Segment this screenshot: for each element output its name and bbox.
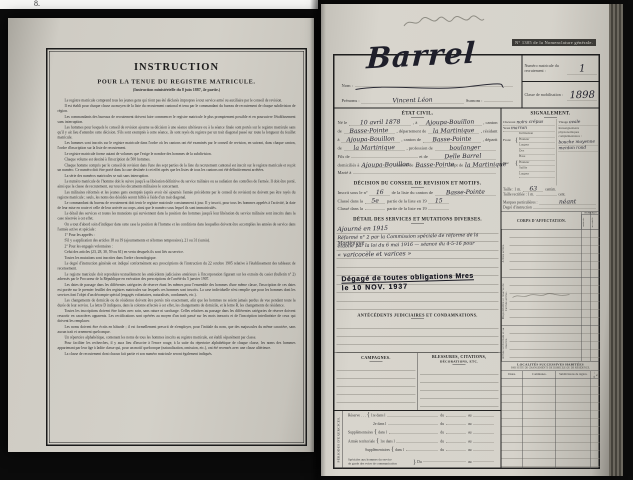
antecedents-title: ANTÉCÉDENTS JUDICIAIRES ET CONDAMNATIONS… bbox=[335, 310, 501, 319]
front-label: Front bbox=[503, 138, 514, 142]
marques-value: néant bbox=[559, 198, 576, 204]
surnoms-label: Surnom : bbox=[466, 98, 483, 103]
localites-col-subdivisions: Subdivisions de région. bbox=[556, 371, 591, 469]
domicile-commune: Ajoupa-Bouillon bbox=[361, 161, 409, 168]
label: du bbox=[440, 413, 444, 418]
label: 2e dans l bbox=[373, 422, 386, 427]
left-page: INSTRUCTION POUR LA TENUE DU REGISTRE MA… bbox=[8, 18, 314, 452]
liste-numero: 16 bbox=[376, 189, 384, 195]
periodes-section: PÉRIODES D'EXERCICES. Réserve . . .{1re … bbox=[335, 410, 501, 469]
label: dans l bbox=[378, 430, 387, 435]
prenoms-label: Prénoms : bbox=[342, 98, 360, 103]
blank bbox=[365, 210, 385, 211]
label: du bbox=[440, 448, 444, 453]
instruction-paragraphs: Le registre matricule comprend tous les … bbox=[58, 98, 296, 356]
birth-date: 10 avril 1878 bbox=[360, 119, 401, 126]
nez-subrows: DosBaseHauteurSaillieLargeur bbox=[519, 149, 555, 178]
nom-line: Nom : bbox=[339, 83, 518, 92]
label: de bbox=[338, 129, 342, 134]
yeux-value: marron bbox=[511, 125, 527, 130]
degre-instruction-label: Degré d'instruction bbox=[503, 205, 532, 210]
territoriale-label: Armée territoriale bbox=[348, 439, 375, 444]
liste-canton: Basse-Pointe bbox=[446, 189, 485, 196]
label: , canton de bbox=[401, 137, 421, 142]
localites-col-dates: Dates. bbox=[502, 371, 523, 469]
services-section: DÉTAIL DES SERVICES ET MUTATIONS DIVERSE… bbox=[335, 215, 501, 311]
book-edge bbox=[609, 4, 623, 476]
label: Classé dans la bbox=[338, 206, 364, 211]
instruction-frame: INSTRUCTION POUR LA TENUE DU REGISTRE MA… bbox=[46, 48, 307, 446]
label: du bbox=[440, 439, 444, 444]
nom-label: Nom : bbox=[342, 83, 353, 88]
label: Du bbox=[417, 460, 422, 465]
instruction-note: (Instruction ministérielle du 8 juin 188… bbox=[58, 88, 296, 93]
birth-place: Ajoupa-Bouillon bbox=[426, 118, 474, 125]
marie-blank bbox=[353, 174, 495, 175]
label: au bbox=[468, 439, 472, 444]
surname-handwritten: Barrel bbox=[366, 36, 477, 76]
form-header: Barrel Nom : Prénoms : Vincent Léon Surn… bbox=[335, 56, 599, 109]
label: du bbox=[440, 430, 444, 435]
faint-handwriting bbox=[512, 292, 572, 301]
label: 1re dans l bbox=[380, 439, 395, 444]
form-left-column: ÉTAT CIVIL. Né le10 avril 1878, àAjoupa-… bbox=[335, 109, 502, 469]
classe-cell: Classe de mobilisation : 1898 bbox=[523, 82, 599, 108]
label: , départt bbox=[483, 137, 498, 142]
blessures-title: BLESSURES, CITATIONS, DÉCORATIONS, ETC. bbox=[418, 353, 501, 367]
page-number-marker: 8. bbox=[34, 0, 40, 8]
cheveux-value: noirs crépus bbox=[516, 119, 543, 125]
blank bbox=[429, 210, 449, 211]
campagnes-title: CAMPAGNES. bbox=[335, 353, 418, 363]
matricule-form: Barrel Nom : Prénoms : Vincent Léon Surn… bbox=[333, 54, 600, 469]
taille-label: Taille : 1 m. bbox=[503, 187, 521, 192]
scan-top-margin: 8. bbox=[0, 0, 318, 9]
label: Classé dans la bbox=[338, 199, 364, 204]
label: partie de la liste en 19 bbox=[387, 199, 427, 204]
taille-rectifiee-label: Taille rectifiée : 1 m. bbox=[503, 192, 534, 197]
corps-group-active: Armée active. bbox=[502, 230, 600, 278]
signalement-title: SIGNALEMENT. bbox=[502, 109, 600, 120]
front-subrows: InclinaisonHauteurLargeur bbox=[519, 132, 555, 149]
right-page: N° 1305 de la Nomenclature générale. Bar… bbox=[321, 4, 611, 476]
mother-name: Delle Barrel bbox=[444, 153, 481, 160]
label: , profession de bbox=[406, 146, 432, 151]
signalement-section: SIGNALEMENT. Cheveux noirs crépus Yeux m… bbox=[502, 109, 600, 213]
service-note-1: Ajourné en 1915 bbox=[337, 224, 388, 232]
matricule-number-box: Numéro matricule du recrutement : 1 Clas… bbox=[522, 56, 599, 108]
label: Supplémentaires bbox=[365, 448, 390, 453]
label: au bbox=[468, 430, 472, 435]
matricule-label: Numéro matricule du recrutement : bbox=[525, 63, 568, 73]
corps-group-territoriale: Armée territoriale et sa réserve. bbox=[502, 326, 600, 362]
label: à bbox=[338, 137, 340, 142]
localites-table: LOCALITÉS SUCCESSIVES HABITÉES PAR SUITE… bbox=[502, 362, 600, 469]
col-header: Communes. bbox=[523, 371, 556, 379]
renseignements-value-1: bouche moyenne bbox=[558, 139, 595, 145]
matricule-value: 1 bbox=[579, 62, 586, 74]
label: , canton bbox=[483, 120, 497, 125]
label: de la liste du canton de bbox=[392, 190, 433, 195]
residence-commune: Ajoupa-Bouillon bbox=[346, 135, 394, 142]
blessures-column: BLESSURES, CITATIONS, DÉCORATIONS, ETC. bbox=[417, 353, 500, 410]
label: cent. bbox=[558, 192, 565, 197]
blessures-blank-lines bbox=[420, 367, 499, 410]
reserve-label: Réserve . . . bbox=[348, 413, 366, 418]
localites-col-dr: D. — R. bbox=[591, 371, 600, 469]
label: Né le bbox=[338, 120, 348, 125]
instruction-subtitle: POUR LA TENUE DU REGISTRE MATRICULE. bbox=[58, 78, 296, 86]
visage-value: ovale bbox=[569, 119, 580, 124]
prenoms-value: Vincent Léon bbox=[393, 97, 433, 104]
label: au bbox=[468, 413, 472, 418]
blessures-title-1: BLESSURES, CITATIONS, bbox=[432, 355, 486, 360]
surnoms-blank bbox=[485, 102, 513, 103]
label: , département de bbox=[396, 129, 426, 134]
localites-subtitle: PAR SUITE DE CHANGEMENTS DE DOMICILE OU … bbox=[502, 367, 600, 370]
corps-title: CORPS D'AFFECTATION. bbox=[502, 212, 582, 229]
label: partie de la liste en 19 bbox=[387, 206, 427, 211]
renseignements-value-2: menton rond bbox=[558, 145, 586, 151]
localites-col-communes: Communes. bbox=[523, 371, 556, 469]
corps-group-label: Armée active. bbox=[502, 230, 510, 278]
taille-value: 63 bbox=[529, 185, 537, 191]
col-header: D. — R. bbox=[593, 371, 598, 378]
signalement-bottom: Taille : 1 m.63centim. Taille rectifiée … bbox=[502, 186, 600, 212]
annee-liste: 15 bbox=[435, 197, 443, 203]
visage-label: Visage bbox=[559, 120, 569, 124]
renseignements-label: Renseignements physionomiques complément… bbox=[559, 127, 599, 139]
birth-canton: Basse-Pointe bbox=[350, 127, 389, 134]
etat-civil-section: ÉTAT CIVIL. Né le10 avril 1878, àAjoupa-… bbox=[335, 109, 501, 179]
corps-group-reserve: Disponibilité et réserve de l'armée acti… bbox=[502, 278, 600, 326]
matricule-cell: Numéro matricule du recrutement : 1 bbox=[523, 56, 599, 83]
label: du bbox=[440, 422, 444, 427]
label: domiciliés à bbox=[338, 163, 360, 168]
numeros-sub-2: au contrôle. bbox=[591, 215, 600, 229]
campagnes-blank-lines bbox=[337, 363, 416, 410]
label: , résidant bbox=[481, 129, 498, 134]
label: 1re dans l bbox=[371, 413, 386, 418]
campagnes-column: CAMPAGNES. bbox=[335, 353, 418, 410]
services-title: DÉTAIL DES SERVICES ET MUTATIONS DIVERSE… bbox=[335, 215, 501, 226]
discharge-stamp: Dégagé de toutes obligations Mres le 10 … bbox=[341, 271, 474, 292]
label: au bbox=[468, 460, 472, 465]
residence-canton: Basse-Pointe bbox=[432, 136, 471, 143]
decision-section: DÉCISION DU CONSEIL DE REVISION ET MOTIF… bbox=[335, 179, 501, 215]
prenoms-line: Prénoms : Vincent Léon Surnom : bbox=[339, 97, 518, 106]
birth-departement: la Martinique bbox=[433, 127, 474, 134]
antecedents-blank-lines bbox=[337, 321, 499, 353]
label: au bbox=[468, 448, 472, 453]
label: , à bbox=[413, 120, 417, 125]
etat-civil-title: ÉTAT CIVIL. bbox=[335, 109, 501, 118]
col-header: Subdivisions de région. bbox=[556, 371, 591, 379]
label: Supplémentaires bbox=[348, 430, 373, 435]
pencil-annotation bbox=[401, 13, 486, 33]
label: au bbox=[468, 422, 472, 427]
label: centim. bbox=[545, 187, 556, 192]
label: dans l bbox=[395, 448, 404, 453]
stamp-line-2: le 10 NOV. 1937 bbox=[342, 282, 409, 292]
instruction-title: INSTRUCTION bbox=[58, 61, 296, 74]
profession: boulanger bbox=[450, 144, 481, 151]
marques-label: Marques particulières : bbox=[503, 200, 538, 205]
service-note-4: « varicocèle et varices » bbox=[337, 250, 411, 259]
numeros-header: NUMÉROS matricule. au contrôle. bbox=[582, 212, 600, 229]
corps-group-label: Disponibilité et réserve de l'armée acti… bbox=[502, 278, 510, 326]
marie-label: Marié à bbox=[338, 170, 352, 175]
cheveux-label: Cheveux bbox=[503, 120, 515, 124]
nom-blank bbox=[355, 87, 513, 88]
nomenclature-label: N° 1305 de la Nomenclature générale. bbox=[512, 39, 596, 46]
form-right-column: SIGNALEMENT. Cheveux noirs crépus Yeux m… bbox=[502, 109, 600, 469]
signalement-right: Visage ovale Renseignements physionomiqu… bbox=[557, 119, 600, 186]
nez-group: Nez{ DosBaseHauteurSaillieLargeur bbox=[503, 149, 555, 178]
yeux-label: Yeux bbox=[503, 126, 510, 130]
domicile-departement: la Martinique bbox=[465, 161, 506, 168]
father-blank bbox=[352, 158, 418, 159]
antecedents-section: ANTÉCÉDENTS JUDICIAIRES ET CONDAMNATIONS… bbox=[335, 310, 501, 353]
domicile-canton: Basse-Pointe bbox=[415, 161, 454, 168]
label: Fils de bbox=[338, 154, 350, 159]
residence-departement: la Martinique bbox=[353, 144, 394, 151]
campagnes-blessures-section: CAMPAGNES. BLESSURES, CITATIONS, DÉCORAT… bbox=[335, 353, 501, 410]
signalement-left: Cheveux noirs crépus Yeux marron Front{ … bbox=[502, 119, 558, 186]
label: et de bbox=[419, 154, 428, 159]
label: de bbox=[338, 146, 342, 151]
classe-value: 1898 bbox=[569, 88, 595, 101]
spec-label: Spéciales aux hommes du servicede garde … bbox=[348, 458, 412, 466]
corps-affectation-table: CORPS D'AFFECTATION. NUMÉROS matricule. … bbox=[502, 212, 600, 362]
partie-liste: 5e bbox=[371, 197, 378, 203]
decision-title: DÉCISION DU CONSEIL DE REVISION ET MOTIF… bbox=[335, 179, 501, 188]
classe-label: Classe de mobilisation : bbox=[525, 92, 568, 97]
corps-group-label: Armée territoriale et sa réserve. bbox=[502, 326, 510, 362]
col-header: Dates. bbox=[502, 371, 523, 379]
blessures-title-2: DÉCORATIONS, ETC. bbox=[440, 360, 478, 364]
services-entries: Ajourné en 1915 Réformé n° 2 par la Comm… bbox=[337, 225, 499, 310]
front-group: Front{ InclinaisonHauteurLargeur bbox=[503, 132, 555, 149]
periodes-side-label: PÉRIODES D'EXERCICES. bbox=[337, 417, 341, 463]
label: Inscrit sous le n° bbox=[338, 190, 368, 195]
